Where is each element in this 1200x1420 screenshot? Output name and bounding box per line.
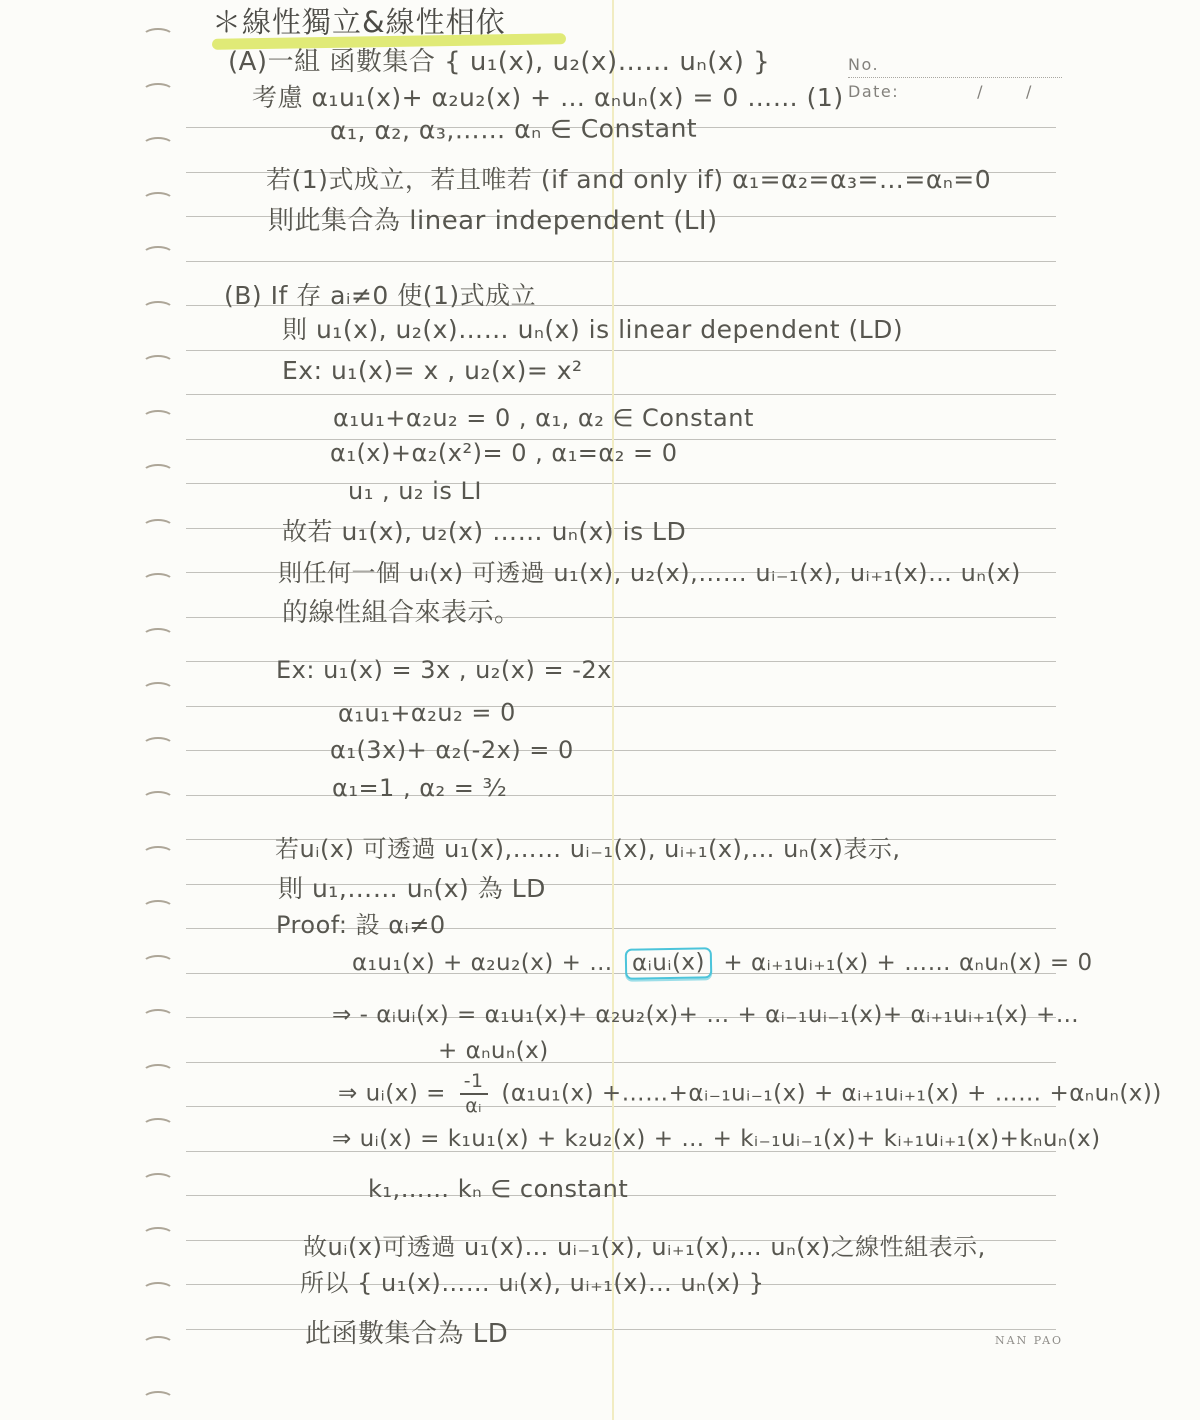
note-line: Ex: u₁(x) = 3x , u₂(x) = -2x [276,657,612,685]
spiral-hole-arc [142,1009,174,1026]
proof-post: + αᵢ₊₁uᵢ₊₁(x) + …… αₙuₙ(x) = 0 [723,950,1092,976]
spiral-hole-arc [142,628,174,645]
fraction-numerator: -1 [460,1072,488,1095]
date-slash: / [1026,82,1033,101]
note-line: 所以 { u₁(x)…… uᵢ(x), uᵢ₊₁(x)… uₙ(x) } [300,1270,765,1298]
note-line: α₁u₁+α₂u₂ = 0 [338,699,516,728]
spiral-hole-arc [142,1282,174,1299]
fraction: -1αᵢ [460,1072,488,1116]
spiral-hole-arc [142,1227,174,1244]
fraction-denominator: αᵢ [465,1095,482,1116]
spiral-hole-arc [142,410,174,427]
note-line: (A)一組 函數集合 { u₁(x), u₂(x)…… uₙ(x) } [228,48,770,78]
note-line: α₁=1 , α₂ = ³⁄₂ [332,775,507,803]
ruled-line [186,483,1056,484]
date-label: Date: [848,82,899,101]
note-line: 若uᵢ(x) 可透過 u₁(x),…… uᵢ₋₁(x), uᵢ₊₁(x),… u… [275,836,901,864]
spiral-hole-arc [142,192,174,209]
ruled-line [186,750,1056,751]
proof-equation-line: α₁u₁(x) + α₂u₂(x) + … αᵢuᵢ(x) + αᵢ₊₁uᵢ₊₁… [352,948,1093,979]
date-slash: / [977,82,984,101]
header-no-date: No. Date: / / [848,55,1062,101]
note-line: ⇒ - αᵢuᵢ(x) = α₁u₁(x)+ α₂u₂(x)+ … + αᵢ₋₁… [332,1002,1079,1028]
note-line: 則此集合為 linear independent (LI) [268,207,718,237]
cyan-circled-term: αᵢuᵢ(x) [624,947,712,980]
no-label: No. [848,55,879,74]
spiral-hole-arc [142,846,174,863]
spiral-hole-arc [142,137,174,154]
fraction-equation-line: ⇒ uᵢ(x) = -1αᵢ (α₁u₁(x) +……+αᵢ₋₁uᵢ₋₁(x) … [338,1072,1162,1116]
note-line: u₁ , u₂ is LI [348,478,482,506]
ruled-line [186,1062,1056,1063]
note-line: α₁(3x)+ α₂(-2x) = 0 [330,737,574,765]
spiral-hole-arc [142,737,174,754]
spiral-hole-arc [142,83,174,100]
spiral-hole-arc [142,791,174,808]
spiral-hole-arc [142,1391,174,1408]
note-line: 則任何一個 uᵢ(x) 可透過 u₁(x), u₂(x),…… uᵢ₋₁(x),… [278,560,1021,588]
note-line: k₁,…… kₙ ∈ constant [368,1176,628,1204]
note-line: 考慮 α₁u₁(x)+ α₂u₂(x) + … αₙuₙ(x) = 0 …… (… [252,84,844,113]
spiral-hole-arc [142,464,174,481]
note-line: 故uᵢ(x)可透過 u₁(x)… uᵢ₋₁(x), uᵢ₊₁(x),… uₙ(x… [303,1234,986,1262]
notebook-page: No. Date: / / ＊線性獨立&線性相依 (A)一組 函數集合 { u₁… [0,0,1200,1420]
note-line: 則 u₁,…… uₙ(x) 為 LD [278,875,546,904]
spiral-hole-arc [142,1336,174,1353]
spiral-hole-arc [142,355,174,372]
note-line: + αₙuₙ(x) [438,1038,549,1064]
spiral-hole-arc [142,1064,174,1081]
spiral-hole-arc [142,301,174,318]
spiral-hole-arc [142,1173,174,1190]
note-line: 的線性組合來表示。 [282,599,521,629]
note-line: 則 u₁(x), u₂(x)…… uₙ(x) is linear depende… [282,316,903,345]
spiral-hole-arc [142,900,174,917]
ruled-line [186,350,1056,351]
spiral-hole-arc [142,1118,174,1135]
date-field: Date: / / [848,82,1062,101]
spiral-hole-arc [142,682,174,699]
note-line: α₁u₁+α₂u₂ = 0 , α₁, α₂ ∈ Constant [333,405,754,433]
note-line: 故若 u₁(x), u₂(x) …… uₙ(x) is LD [282,518,686,547]
spiral-hole-arc [142,28,174,45]
note-line: 此函數集合為 LD [305,1320,508,1350]
note-line: Proof: 設 αᵢ≠0 [276,912,446,940]
brand-logo: NAN PAO [995,1334,1063,1347]
spiral-hole-arc [142,573,174,590]
note-line: (B) If 存 aᵢ≠0 使(1)式成立 [224,282,536,311]
ruled-line [186,394,1056,395]
page-title: ＊線性獨立&線性相依 [212,6,506,39]
note-line: ⇒ uᵢ(x) = k₁u₁(x) + k₂u₂(x) + … + kᵢ₋₁uᵢ… [332,1126,1101,1152]
no-field: No. [848,55,1062,78]
note-line: 若(1)式成立，若且唯若 (if and only if) α₁=α₂=α₃=…… [266,166,991,195]
spiral-hole-arc [142,519,174,536]
note-line: α₁, α₂, α₃,…… αₙ ∈ Constant [330,115,697,146]
ruled-line [186,795,1056,796]
frac-pre: ⇒ uᵢ(x) = [338,1080,446,1106]
spiral-hole-arc [142,246,174,263]
proof-pre: α₁u₁(x) + α₂u₂(x) + … [352,950,613,976]
frac-post: (α₁u₁(x) +……+αᵢ₋₁uᵢ₋₁(x) + αᵢ₊₁uᵢ₊₁(x) +… [501,1080,1162,1106]
ruled-line [186,706,1056,707]
spiral-hole-arc [142,955,174,972]
note-line: Ex: u₁(x)= x , u₂(x)= x² [282,357,583,386]
ruled-line [186,261,1056,262]
note-line: α₁(x)+α₂(x²)= 0 , α₁=α₂ = 0 [330,440,678,468]
